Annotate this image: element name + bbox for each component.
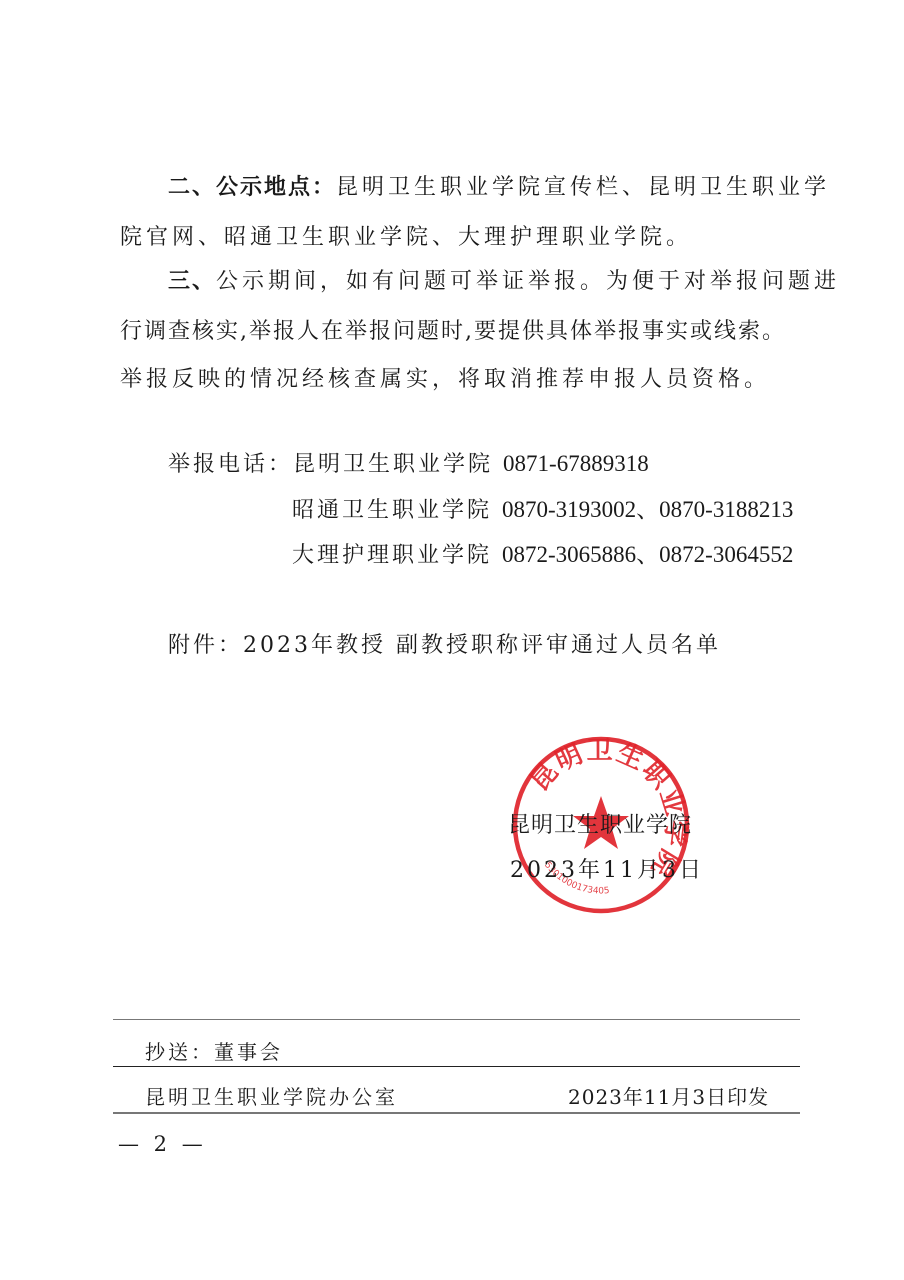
hotline-phone-1: 0871-67889318	[503, 451, 649, 476]
section2-heading: 二、公示地点：	[168, 175, 336, 200]
issuer: 昆明卫生职业学院办公室	[145, 1083, 398, 1111]
hotline-org-3: 大理护理职业学院	[292, 543, 492, 568]
section2-text-1: 昆明卫生职业学院宣传栏、昆明卫生职业学	[336, 175, 830, 200]
footer-rule-top	[113, 1019, 800, 1020]
hotline-phone-3: 0872-3065886、0872-3064552	[502, 542, 793, 567]
section3-text-1: 公示期间，如有问题可举证举报。为便于对举报问题进	[216, 269, 840, 294]
section3-line2: 行调查核实,举报人在举报问题时,要提供具体举报事实或线索。	[120, 318, 786, 346]
footer-rule-bottom	[113, 1112, 800, 1114]
hotline-row-2: 昭通卫生职业学院 0870-3193002、0870-3188213	[292, 496, 793, 525]
signature-date: 2023年11月3日	[510, 857, 704, 885]
section2-line2: 院官网、昭通卫生职业学院、大理护理职业学院。	[120, 224, 692, 252]
attachment-line: 附件：2023年教授 副教授职称评审通过人员名单	[168, 632, 721, 660]
page-number: — 2 —	[118, 1130, 207, 1158]
section3-line3: 举报反映的情况经核查属实，将取消推荐申报人员资格。	[120, 366, 770, 394]
section3-text-2: 行调查核实,举报人在举报问题时,要提供具体举报事实或线索。	[120, 319, 786, 344]
hotline-label: 举报电话：	[168, 452, 293, 477]
section3-line1: 三、公示期间，如有问题可举证举报。为便于对举报问题进	[168, 268, 840, 296]
section3-heading: 三、	[168, 269, 216, 294]
hotline-row-3: 大理护理职业学院 0872-3065886、0872-3064552	[292, 541, 793, 570]
cc-line: 抄送：董事会	[145, 1038, 283, 1066]
section2-text-2: 院官网、昭通卫生职业学院、大理护理职业学院。	[120, 225, 692, 250]
cc-label: 抄送：	[145, 1040, 214, 1064]
footer-rule-middle	[113, 1066, 800, 1067]
hotline-row-1: 举报电话：昆明卫生职业学院 0871-67889318	[168, 450, 649, 479]
cc-value: 董事会	[214, 1040, 283, 1064]
hotline-phone-2: 0870-3193002、0870-3188213	[502, 497, 793, 522]
section2-line1: 二、公示地点：昆明卫生职业学院宣传栏、昆明卫生职业学	[168, 174, 830, 202]
hotline-org-1: 昆明卫生职业学院	[293, 452, 493, 477]
attachment-title: 2023年教授 副教授职称评审通过人员名单	[243, 633, 721, 658]
section3-text-3: 举报反映的情况经核查属实，将取消推荐申报人员资格。	[120, 367, 770, 392]
attachment-label: 附件：	[168, 633, 243, 658]
hotline-org-2: 昭通卫生职业学院	[292, 498, 492, 523]
issue-date: 2023年11月3日印发	[568, 1083, 769, 1111]
signature-org: 昆明卫生职业学院	[508, 812, 692, 840]
